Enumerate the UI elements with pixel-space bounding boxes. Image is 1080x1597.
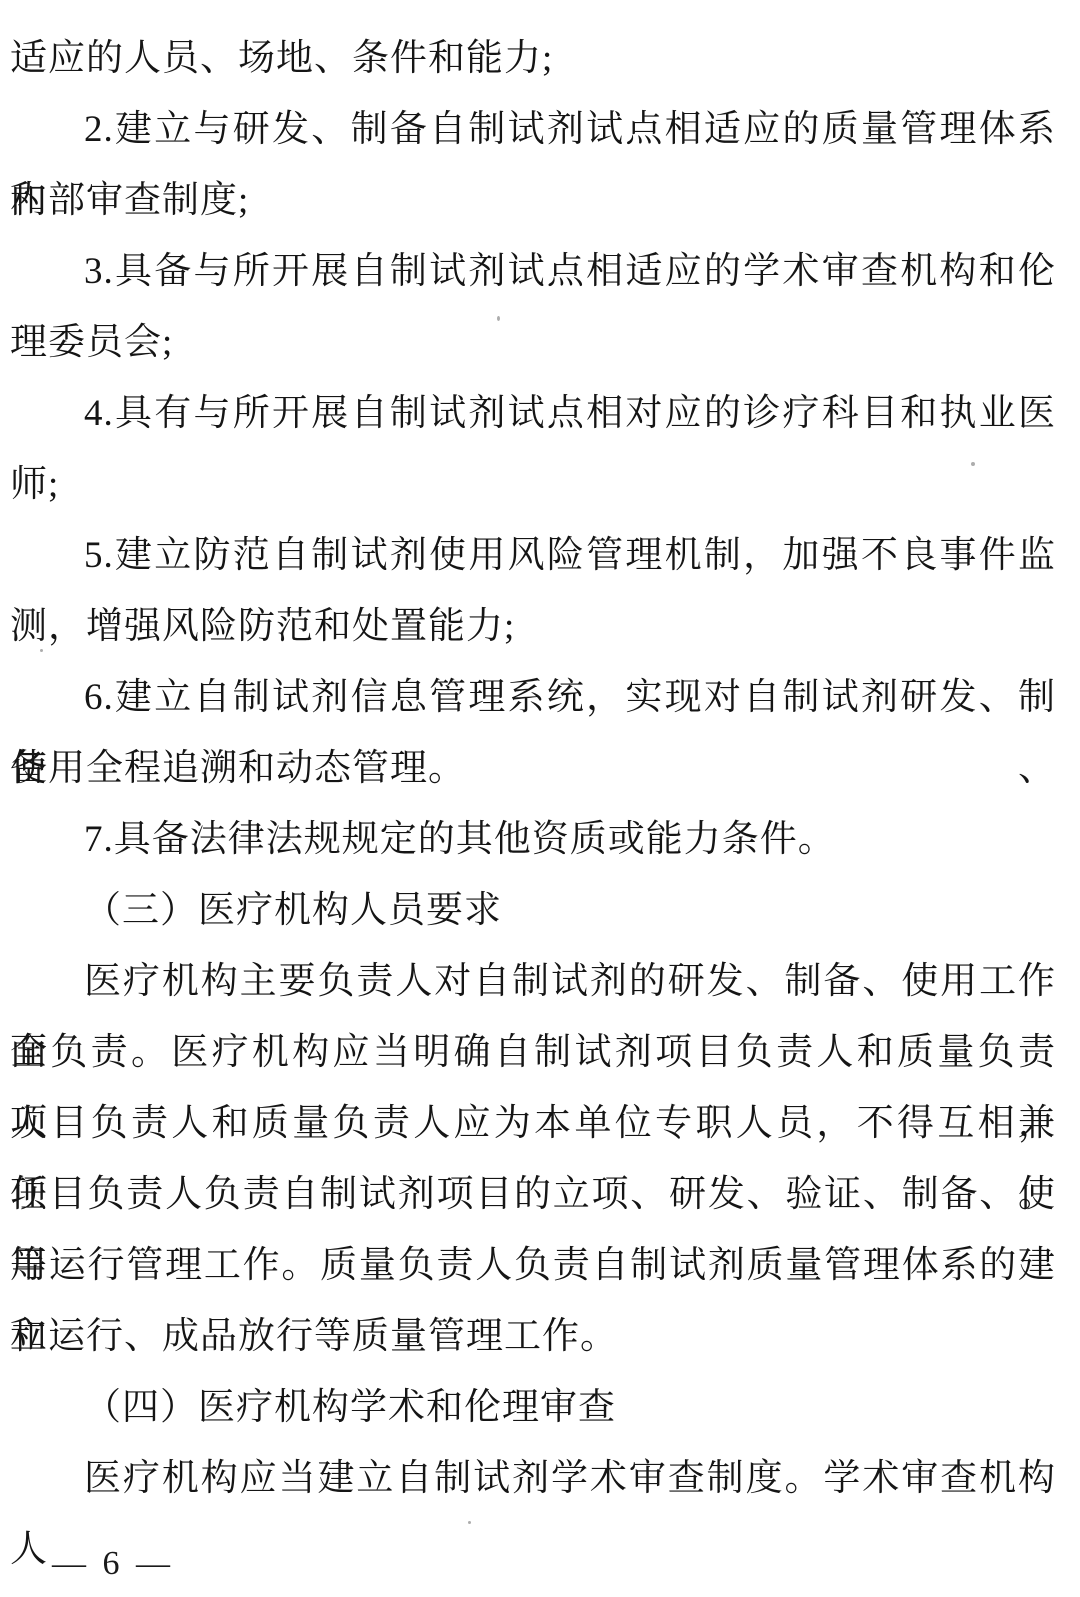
text-line: 3.具备与所开展自制试剂试点相适应的学术审查机构和伦 [10, 236, 1056, 307]
text-line: 项目负责人和质量负责人应为本单位专职人员，不得互相兼任。 [10, 1088, 1056, 1159]
page-number: — 6 — [52, 1544, 1056, 1584]
text-line: 和运行、成品放行等质量管理工作。 [10, 1301, 1056, 1372]
text-line: 等运行管理工作。质量负责人负责自制试剂质量管理体系的建立 [10, 1230, 1056, 1301]
text-line: 项目负责人负责自制试剂项目的立项、研发、验证、制备、使用 [10, 1159, 1056, 1230]
scan-speck [497, 316, 500, 321]
text-line: 师; [10, 449, 1056, 520]
scan-speck [40, 649, 43, 652]
text-line: 5.建立防范自制试剂使用风险管理机制，加强不良事件监 [10, 520, 1056, 591]
text-line: 7.具备法律法规规定的其他资质或能力条件。 [10, 804, 1056, 875]
text-line: 4.具有与所开展自制试剂试点相对应的诊疗科目和执业医 [10, 378, 1056, 449]
text-line: 理委员会; [10, 307, 1056, 378]
text-line: 测，增强风险防范和处置能力; [10, 591, 1056, 662]
section-heading: （三）医疗机构人员要求 [10, 875, 1056, 946]
document-page: 适应的人员、场地、条件和能力; 2.建立与研发、制备自制试剂试点相适应的质量管理… [0, 0, 1080, 1597]
text-line: 医疗机构主要负责人对自制试剂的研发、制备、使用工作全 [10, 946, 1056, 1017]
text-line: 面负责。医疗机构应当明确自制试剂项目负责人和质量负责人， [10, 1017, 1056, 1088]
scan-speck [468, 1521, 471, 1524]
text-line: 适应的人员、场地、条件和能力; [10, 23, 1056, 94]
text-line: 6.建立自制试剂信息管理系统，实现对自制试剂研发、制备、 [10, 662, 1056, 733]
text-line: 内部审查制度; [10, 165, 1056, 236]
scan-speck [971, 462, 975, 466]
text-line: 2.建立与研发、制备自制试剂试点相适应的质量管理体系和 [10, 94, 1056, 165]
text-line: 医疗机构应当建立自制试剂学术审查制度。学术审查机构人 [10, 1443, 1056, 1514]
section-heading: （四）医疗机构学术和伦理审查 [10, 1372, 1056, 1443]
